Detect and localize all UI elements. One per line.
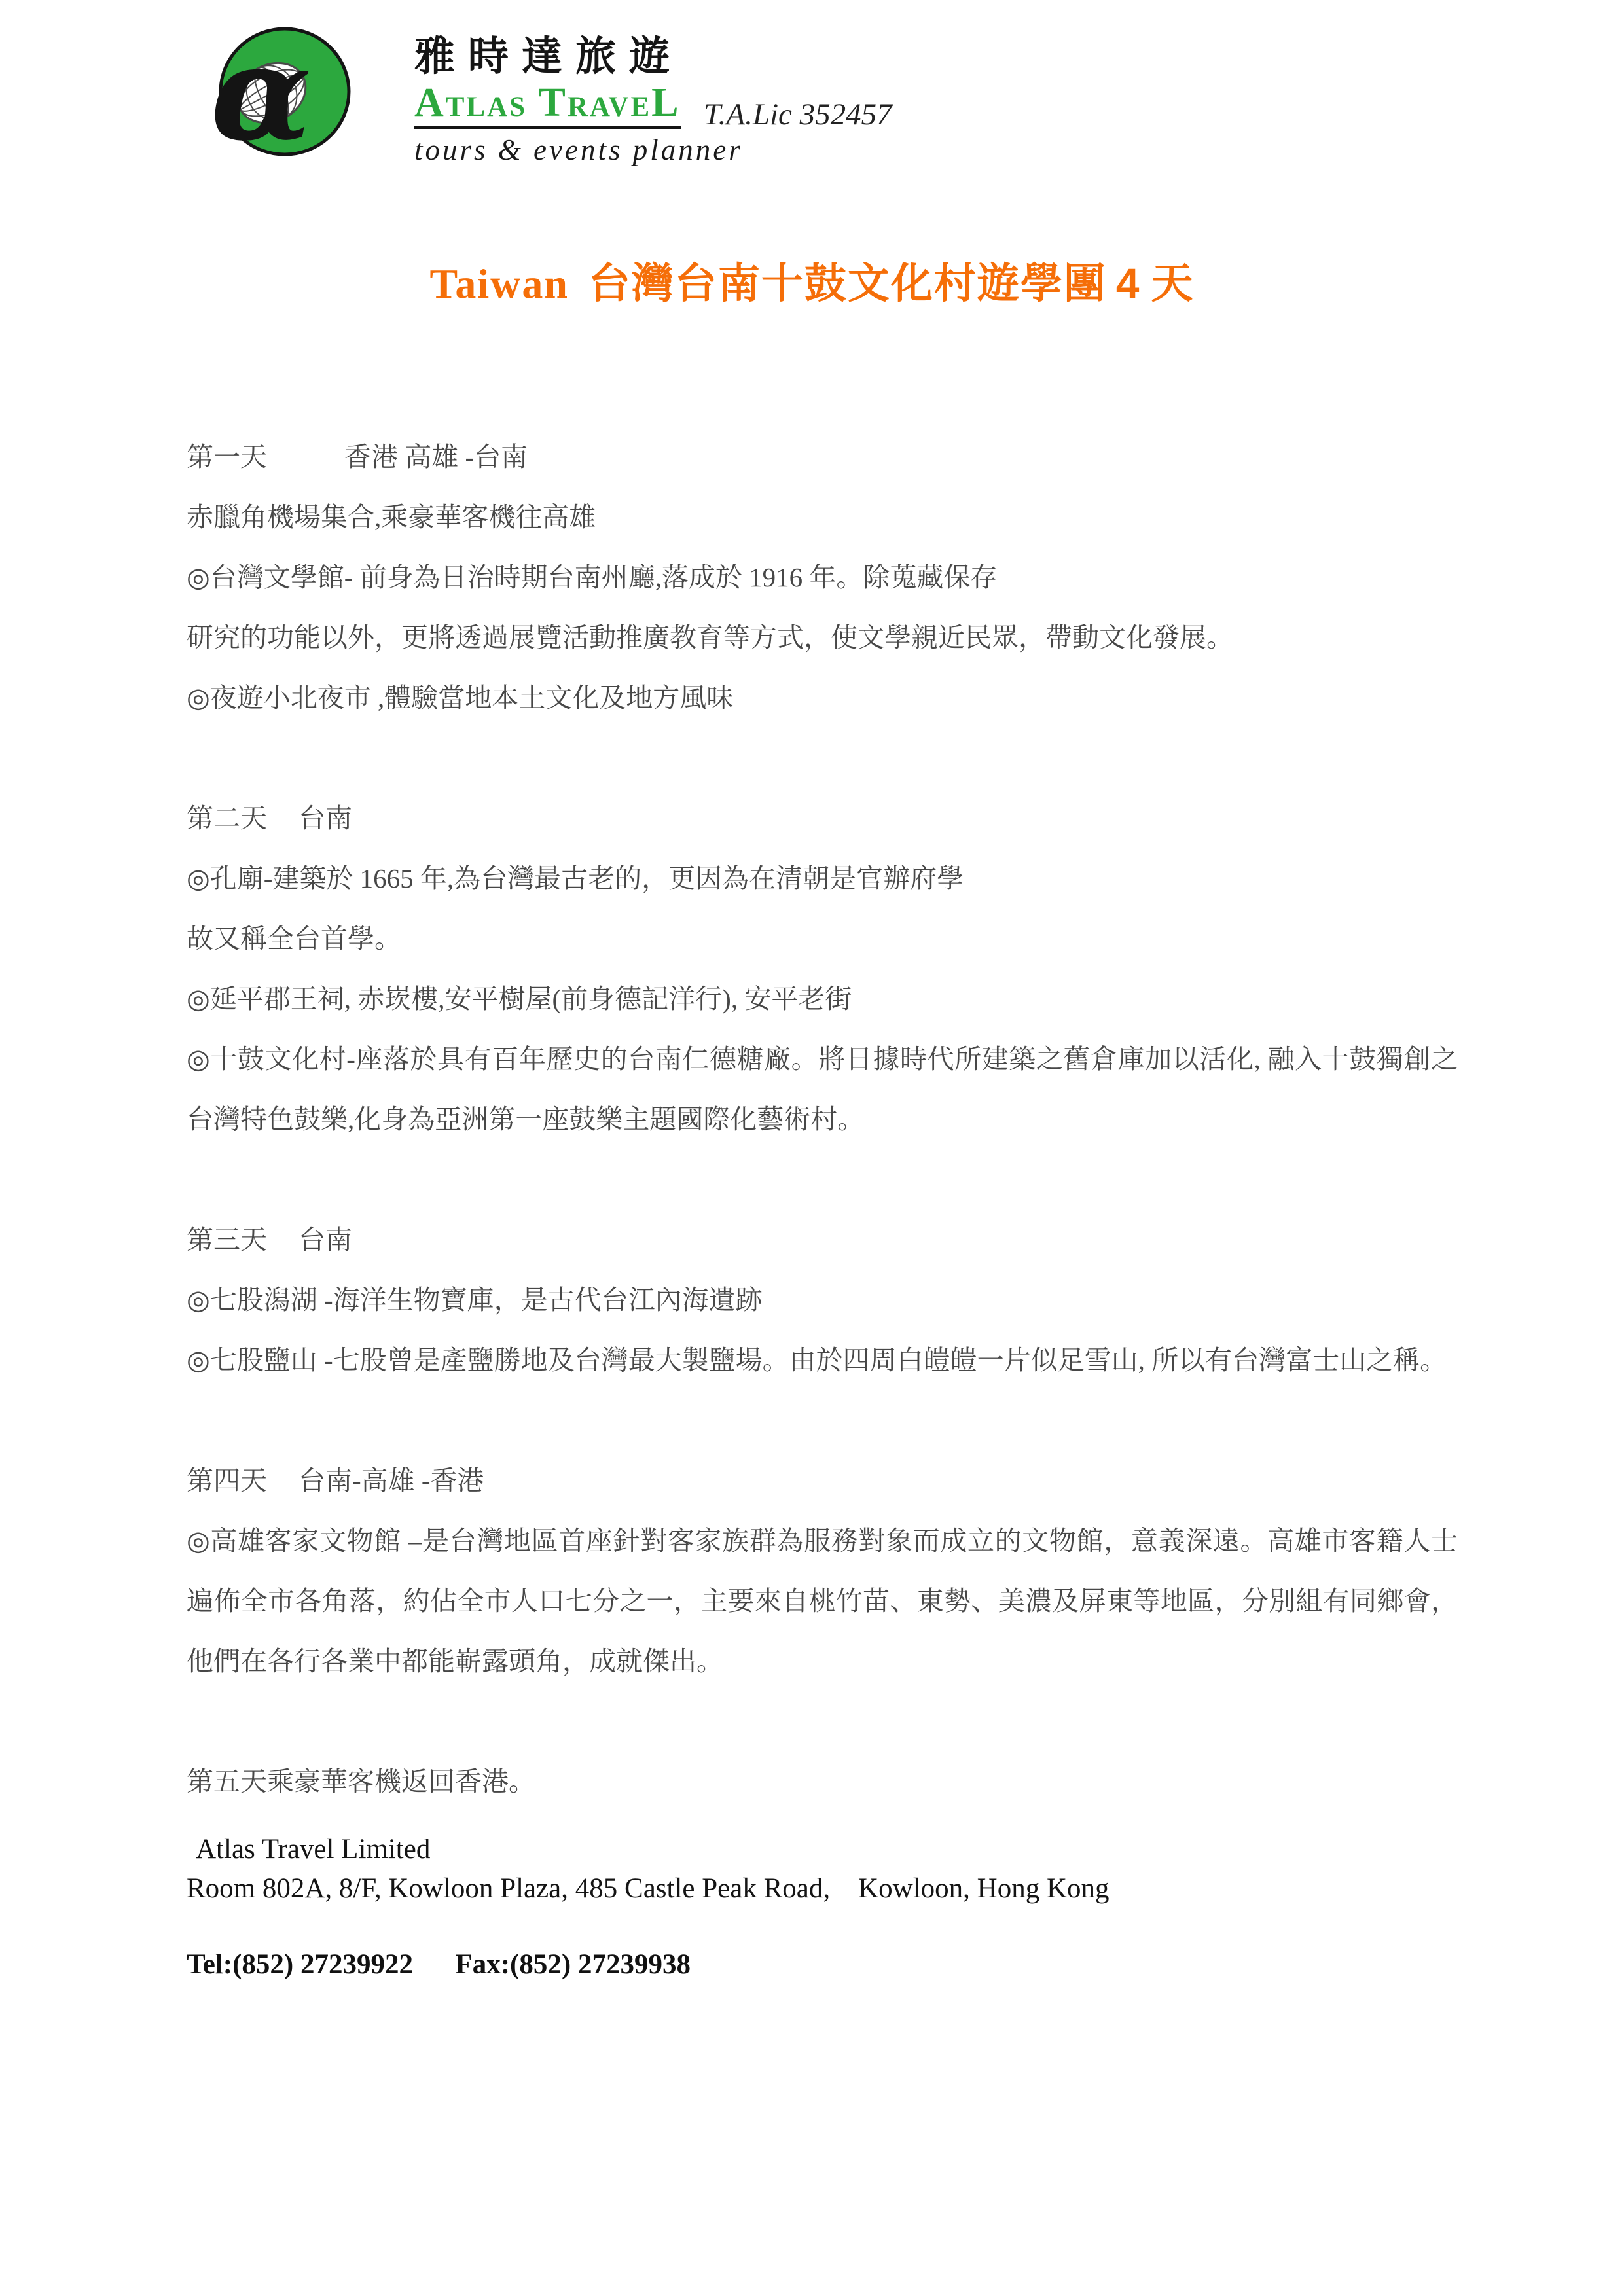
day-1-label: 第一天	[187, 442, 267, 472]
svg-text:α: α	[211, 26, 312, 167]
itinerary-line: ◎延平郡王祠, 赤崁樓,安平樹屋(前身德記洋行), 安平老街	[187, 969, 1458, 1029]
atlas-travel-logo: α 雅時達旅遊 Atlas TraveL tours & events plan…	[209, 26, 743, 167]
day-3-route: 台南	[298, 1225, 352, 1255]
company-address: Room 802A, 8/F, Kowloon Plaza, 485 Castl…	[187, 1869, 1458, 1909]
day-2-section: 第二天台南 ◎孔廟-建築於 1665 年,為台灣最古老的，更因為在清朝是官辦府學…	[187, 788, 1458, 1149]
brand-text: 雅時達旅遊 Atlas TraveL tours & events planne…	[414, 26, 743, 167]
itinerary-line: ◎高雄客家文物館 –是台灣地區首座針對客家族群為服務對象而成立的文物館，意義深遠…	[187, 1511, 1458, 1691]
day-2-label: 第二天	[187, 803, 267, 833]
itinerary-line: ◎孔廟-建築於 1665 年,為台灣最古老的，更因為在清朝是官辦府學	[187, 848, 1458, 908]
title-days-number: 4	[1116, 260, 1141, 307]
travel-agent-license: T.A.Lic 352457	[704, 97, 892, 132]
title-chinese: 台灣台南十鼓文化村遊學團	[588, 260, 1107, 307]
day-2-header: 第二天台南	[187, 788, 1458, 848]
day-4-route: 台南-高雄 -香港	[298, 1465, 484, 1496]
day-1-section: 第一天香港 高雄 -台南 赤臘角機場集合,乘豪華客機往高雄 ◎台灣文學館- 前身…	[187, 427, 1458, 728]
day-4-label: 第四天	[187, 1465, 267, 1496]
company-name: Atlas Travel Limited	[187, 1830, 1458, 1869]
itinerary-line: ◎七股鹽山 -七股曾是產鹽勝地及台灣最大製鹽場。由於四周白皚皚一片似足雪山, 所…	[187, 1330, 1458, 1390]
brand-english-name: Atlas TraveL	[414, 81, 681, 129]
atlas-globe-logo-icon: α	[209, 26, 363, 167]
day-4-section: 第四天台南-高雄 -香港 ◎高雄客家文物館 –是台灣地區首座針對客家族群為服務對…	[187, 1450, 1458, 1691]
itinerary-body: 第一天香港 高雄 -台南 赤臘角機場集合,乘豪華客機往高雄 ◎台灣文學館- 前身…	[187, 427, 1458, 1984]
itinerary-line: ◎夜遊小北夜市 ,體驗當地本土文化及地方風味	[187, 668, 1458, 728]
day-3-section: 第三天台南 ◎七股潟湖 -海洋生物寶庫，是古代台江內海遺跡 ◎七股鹽山 -七股曾…	[187, 1210, 1458, 1390]
page-title: Taiwan台灣台南十鼓文化村遊學團4天	[0, 250, 1624, 310]
itinerary-line: ◎台灣文學館- 前身為日治時期台南州廳,落成於 1916 年。除蒐藏保存	[187, 547, 1458, 607]
itinerary-line: 故又稱全台首學。	[187, 908, 1458, 969]
brand-tagline: tours & events planner	[414, 133, 743, 167]
title-english: Taiwan	[430, 260, 569, 307]
day-1-route: 香港 高雄 -台南	[344, 442, 528, 472]
day-3-label: 第三天	[187, 1225, 267, 1255]
footer-contact: Atlas Travel Limited Room 802A, 8/F, Kow…	[187, 1830, 1458, 1984]
day-4-header: 第四天台南-高雄 -香港	[187, 1450, 1458, 1511]
tel-fax-line: Tel:(852) 27239922 Fax:(852) 27239938	[187, 1945, 1458, 1984]
itinerary-line: 研究的功能以外，更將透過展覽活動推廣教育等方式，使文學親近民眾，帶動文化發展。	[187, 607, 1458, 668]
day-1-header: 第一天香港 高雄 -台南	[187, 427, 1458, 487]
itinerary-line: 赤臘角機場集合,乘豪華客機往高雄	[187, 487, 1458, 547]
itinerary-line: ◎七股潟湖 -海洋生物寶庫，是古代台江內海遺跡	[187, 1270, 1458, 1330]
travel-itinerary-document: α 雅時達旅遊 Atlas TraveL tours & events plan…	[0, 0, 1624, 2296]
title-days-unit: 天	[1151, 260, 1195, 307]
itinerary-line: ◎十鼓文化村-座落於具有百年歷史的台南仁德糖廠。將日據時代所建築之舊倉庫加以活化…	[187, 1029, 1458, 1149]
brand-chinese-name: 雅時達旅遊	[414, 34, 743, 80]
closing-line: 第五天乘豪華客機返回香港。	[187, 1751, 1458, 1812]
day-2-route: 台南	[298, 803, 352, 833]
day-3-header: 第三天台南	[187, 1210, 1458, 1270]
